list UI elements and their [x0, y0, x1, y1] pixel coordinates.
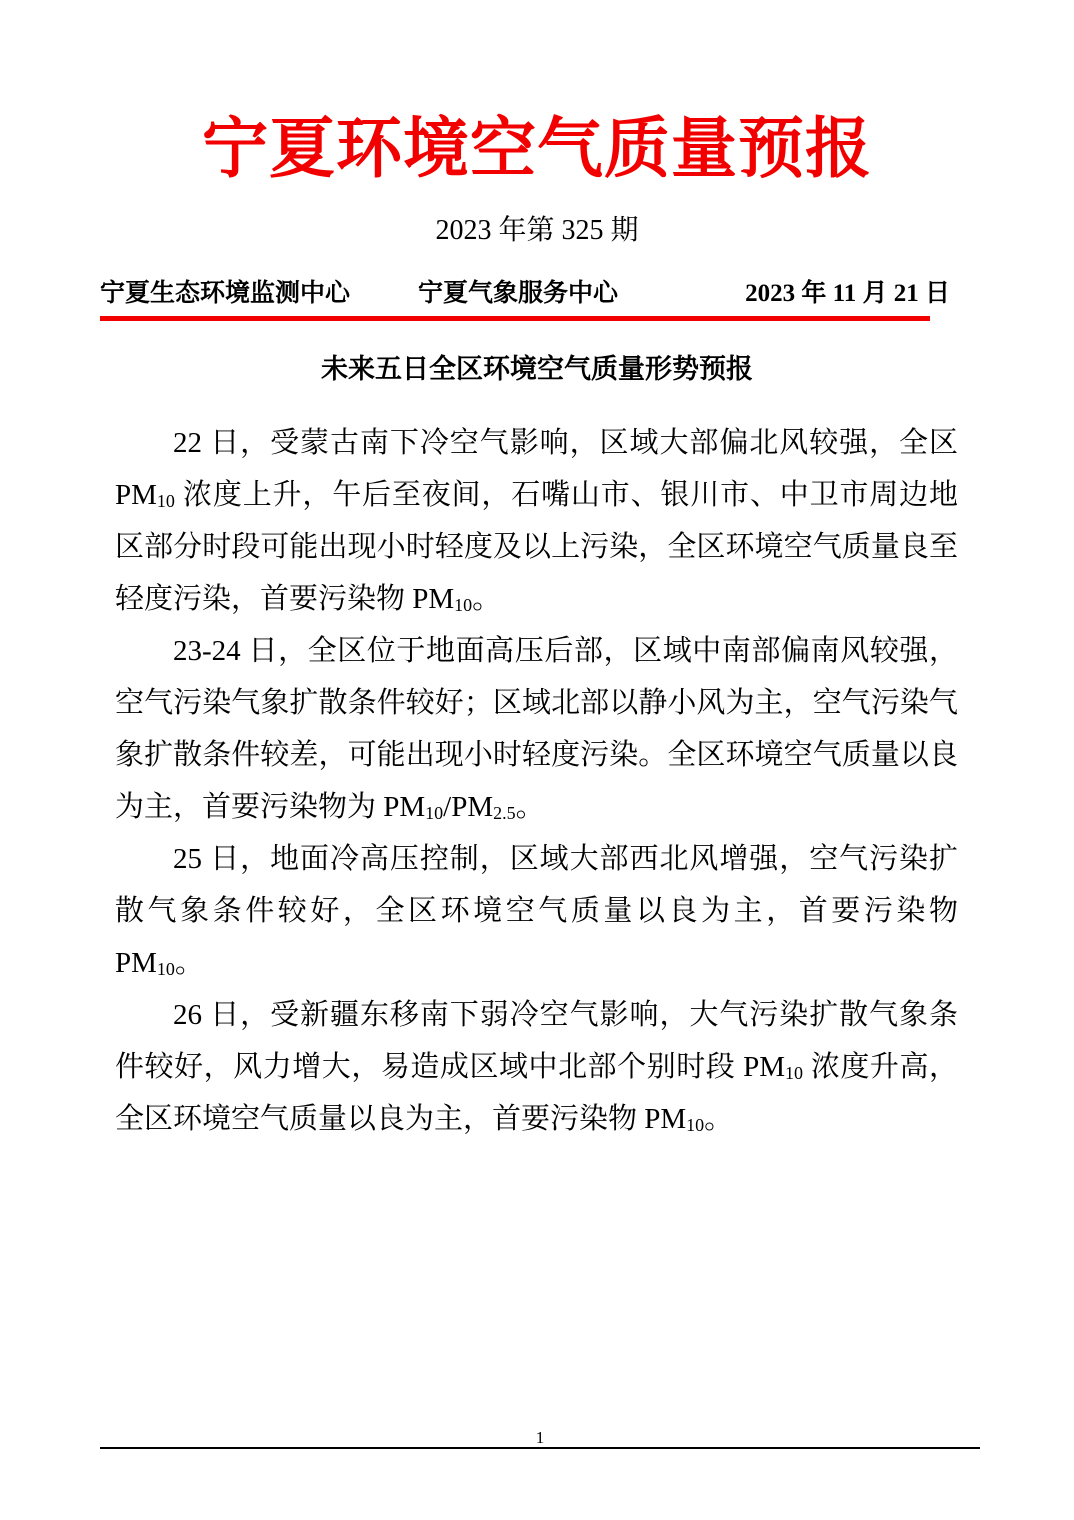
- document-title: 宁夏环境空气质量预报: [0, 0, 1074, 188]
- issue-date: 2023 年 11 月 21 日: [745, 278, 950, 310]
- masthead-row: 宁夏生态环境监测中心 宁夏气象服务中心 2023 年 11 月 21 日: [100, 278, 950, 310]
- agency-center: 宁夏气象服务中心: [418, 278, 618, 310]
- forecast-body: 22 日，受蒙古南下冷空气影响，区域大部偏北风较强，全区 PM10 浓度上升，午…: [115, 417, 958, 1145]
- agency-left: 宁夏生态环境监测中心: [100, 278, 350, 310]
- pollutant-subscript: 2.5: [493, 803, 516, 823]
- issue-number: 2023 年第 325 期: [0, 214, 1074, 248]
- page-number: 1: [100, 1428, 980, 1447]
- pollutant-subscript: 10: [454, 595, 472, 615]
- body-paragraph: 26 日，受新疆东移南下弱冷空气影响，大气污染扩散气象条件较好，风力增大，易造成…: [115, 989, 958, 1145]
- red-divider-rule: [100, 316, 930, 321]
- pollutant-subscript: 10: [425, 803, 443, 823]
- document-page: 宁夏环境空气质量预报 2023 年第 325 期 宁夏生态环境监测中心 宁夏气象…: [0, 0, 1074, 1520]
- pollutant-subscript: 10: [157, 959, 175, 979]
- body-paragraph: 22 日，受蒙古南下冷空气影响，区域大部偏北风较强，全区 PM10 浓度上升，午…: [115, 417, 958, 625]
- pollutant-subscript: 10: [686, 1115, 704, 1135]
- body-paragraph: 25 日，地面冷高压控制，区域大部西北风增强，空气污染扩散气象条件较好，全区环境…: [115, 833, 958, 989]
- section-title: 未来五日全区环境空气质量形势预报: [0, 351, 1074, 387]
- footer-rule: [100, 1447, 980, 1449]
- body-paragraph: 23-24 日，全区位于地面高压后部，区域中南部偏南风较强，空气污染气象扩散条件…: [115, 625, 958, 833]
- page-footer: 1: [100, 1428, 980, 1449]
- pollutant-subscript: 10: [785, 1063, 803, 1083]
- pollutant-subscript: 10: [157, 491, 175, 511]
